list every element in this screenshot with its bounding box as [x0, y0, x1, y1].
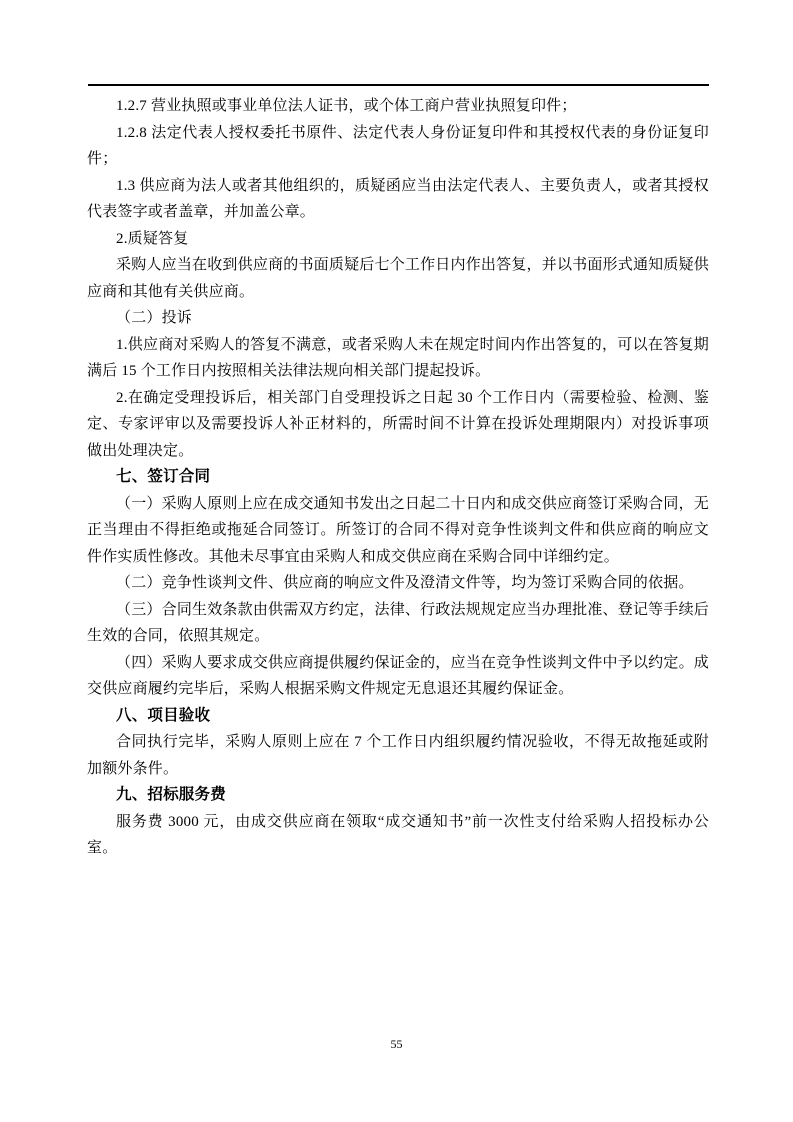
paragraph-complaint-item-2: 2.在确定受理投诉后，相关部门自受理投诉之日起 30 个工作日内（需要检验、检测… [87, 385, 709, 465]
paragraph-legal-rep-authorization: 1.2.8 法定代表人授权委托书原件、法定代表人身份证复印件和其授权代表的身份证… [87, 120, 709, 173]
paragraph-contract-item-4: （四）采购人要求成交供应商提供履约保证金的，应当在竞争性谈判文件中予以约定。成交… [87, 650, 709, 703]
paragraph-query-reply-title: 2.质疑答复 [87, 226, 709, 253]
document-page: 1.2.7 营业执照或事业单位法人证书，或个体工商户营业执照复印件； 1.2.8… [0, 0, 793, 1122]
paragraph-complaint-item-1: 1.供应商对采购人的答复不满意，或者采购人未在规定时间内作出答复的，可以在答复期… [87, 332, 709, 385]
paragraph-query-reply-body: 采购人应当在收到供应商的书面质疑后七个工作日内作出答复，并以书面形式通知质疑供应… [87, 252, 709, 305]
paragraph-contract-item-3: （三）合同生效条款由供需双方约定，法律、行政法规规定应当办理批准、登记等手续后生… [87, 597, 709, 650]
page-footer: 55 [0, 1036, 793, 1052]
section-heading-7-sign-contract: 七、签订合同 [87, 464, 709, 491]
paragraph-contract-item-2: （二）竞争性谈判文件、供应商的响应文件及澄清文件等，均为签订采购合同的依据。 [87, 570, 709, 597]
paragraph-acceptance-body: 合同执行完毕，采购人原则上应在 7 个工作日内组织履约情况验收，不得无故拖延或附… [87, 729, 709, 782]
page-number: 55 [391, 1037, 403, 1051]
section-heading-9-bid-service-fee: 九、招标服务费 [87, 782, 709, 809]
section-heading-8-project-acceptance: 八、项目验收 [87, 703, 709, 730]
paragraph-service-fee-body: 服务费 3000 元，由成交供应商在领取“成交通知书”前一次性支付给采购人招投标… [87, 809, 709, 862]
header-rule [88, 84, 709, 86]
document-body: 1.2.7 营业执照或事业单位法人证书，或个体工商户营业执照复印件； 1.2.8… [87, 93, 709, 862]
paragraph-supplier-legal-entity: 1.3 供应商为法人或者其他组织的，质疑函应当由法定代表人、主要负责人，或者其授… [87, 173, 709, 226]
paragraph-contract-item-1: （一）采购人原则上应在成交通知书发出之日起二十日内和成交供应商签订采购合同，无正… [87, 491, 709, 571]
paragraph-complaint-title: （二）投诉 [87, 305, 709, 332]
paragraph-business-license: 1.2.7 营业执照或事业单位法人证书，或个体工商户营业执照复印件； [87, 93, 709, 120]
